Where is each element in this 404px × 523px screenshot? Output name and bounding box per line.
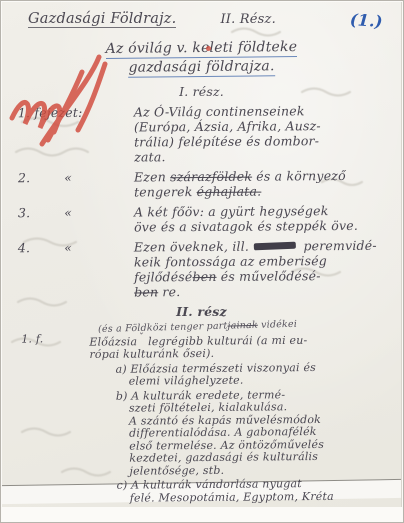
scan-frame: Gazdasági Földrajz. II. Rész. (1.) Az óv…	[0, 0, 404, 523]
list-item-3: 3. « A két főöv: a gyürt hegységek öve é…	[2, 203, 401, 236]
list-item-2: 2. « Ezen szárazföldek és a környező ten…	[2, 168, 401, 201]
sub-item-c: c) A kulturák vándorlása nyugat felé. Me…	[117, 477, 402, 504]
blacked-out-word	[254, 242, 296, 251]
item-2-label: 2. «	[2, 169, 134, 200]
list-item-4: 4. « Ezen öveknek, ill. peremvidé- keik …	[2, 238, 401, 301]
red-pencil-dot-icon	[206, 46, 211, 51]
part-label: II. Rész.	[220, 11, 275, 27]
red-pencil-scribble-icon	[2, 54, 136, 150]
page-number: (1.)	[350, 10, 384, 31]
insertion-caret-icon: ˇ	[138, 333, 143, 344]
list-item-1f: 1. f. Előázsiaˇ legrégibb kulturái (a mi…	[2, 330, 402, 506]
item-1f-label: 1. f.	[2, 333, 91, 506]
sub-item-a: a) Előázsia természeti viszonyai és elem…	[116, 361, 401, 388]
scanned-page: Gazdasági Földrajz. II. Rész. (1.) Az óv…	[2, 2, 402, 507]
section-2-list: 1. f. Előázsiaˇ legrégibb kulturái (a mi…	[2, 332, 401, 504]
item-4-label: 4. «	[2, 239, 134, 300]
document-title: Gazdasági Földrajz.	[28, 11, 176, 28]
subtitle-line-2: gazdasági földrajza.	[128, 58, 274, 78]
sub-item-b: b) A kulturák eredete, termé- szeti fölt…	[116, 388, 402, 478]
page-header: Gazdasági Földrajz. II. Rész. (1.)	[28, 11, 391, 30]
item-3-label: 3. «	[2, 204, 134, 235]
